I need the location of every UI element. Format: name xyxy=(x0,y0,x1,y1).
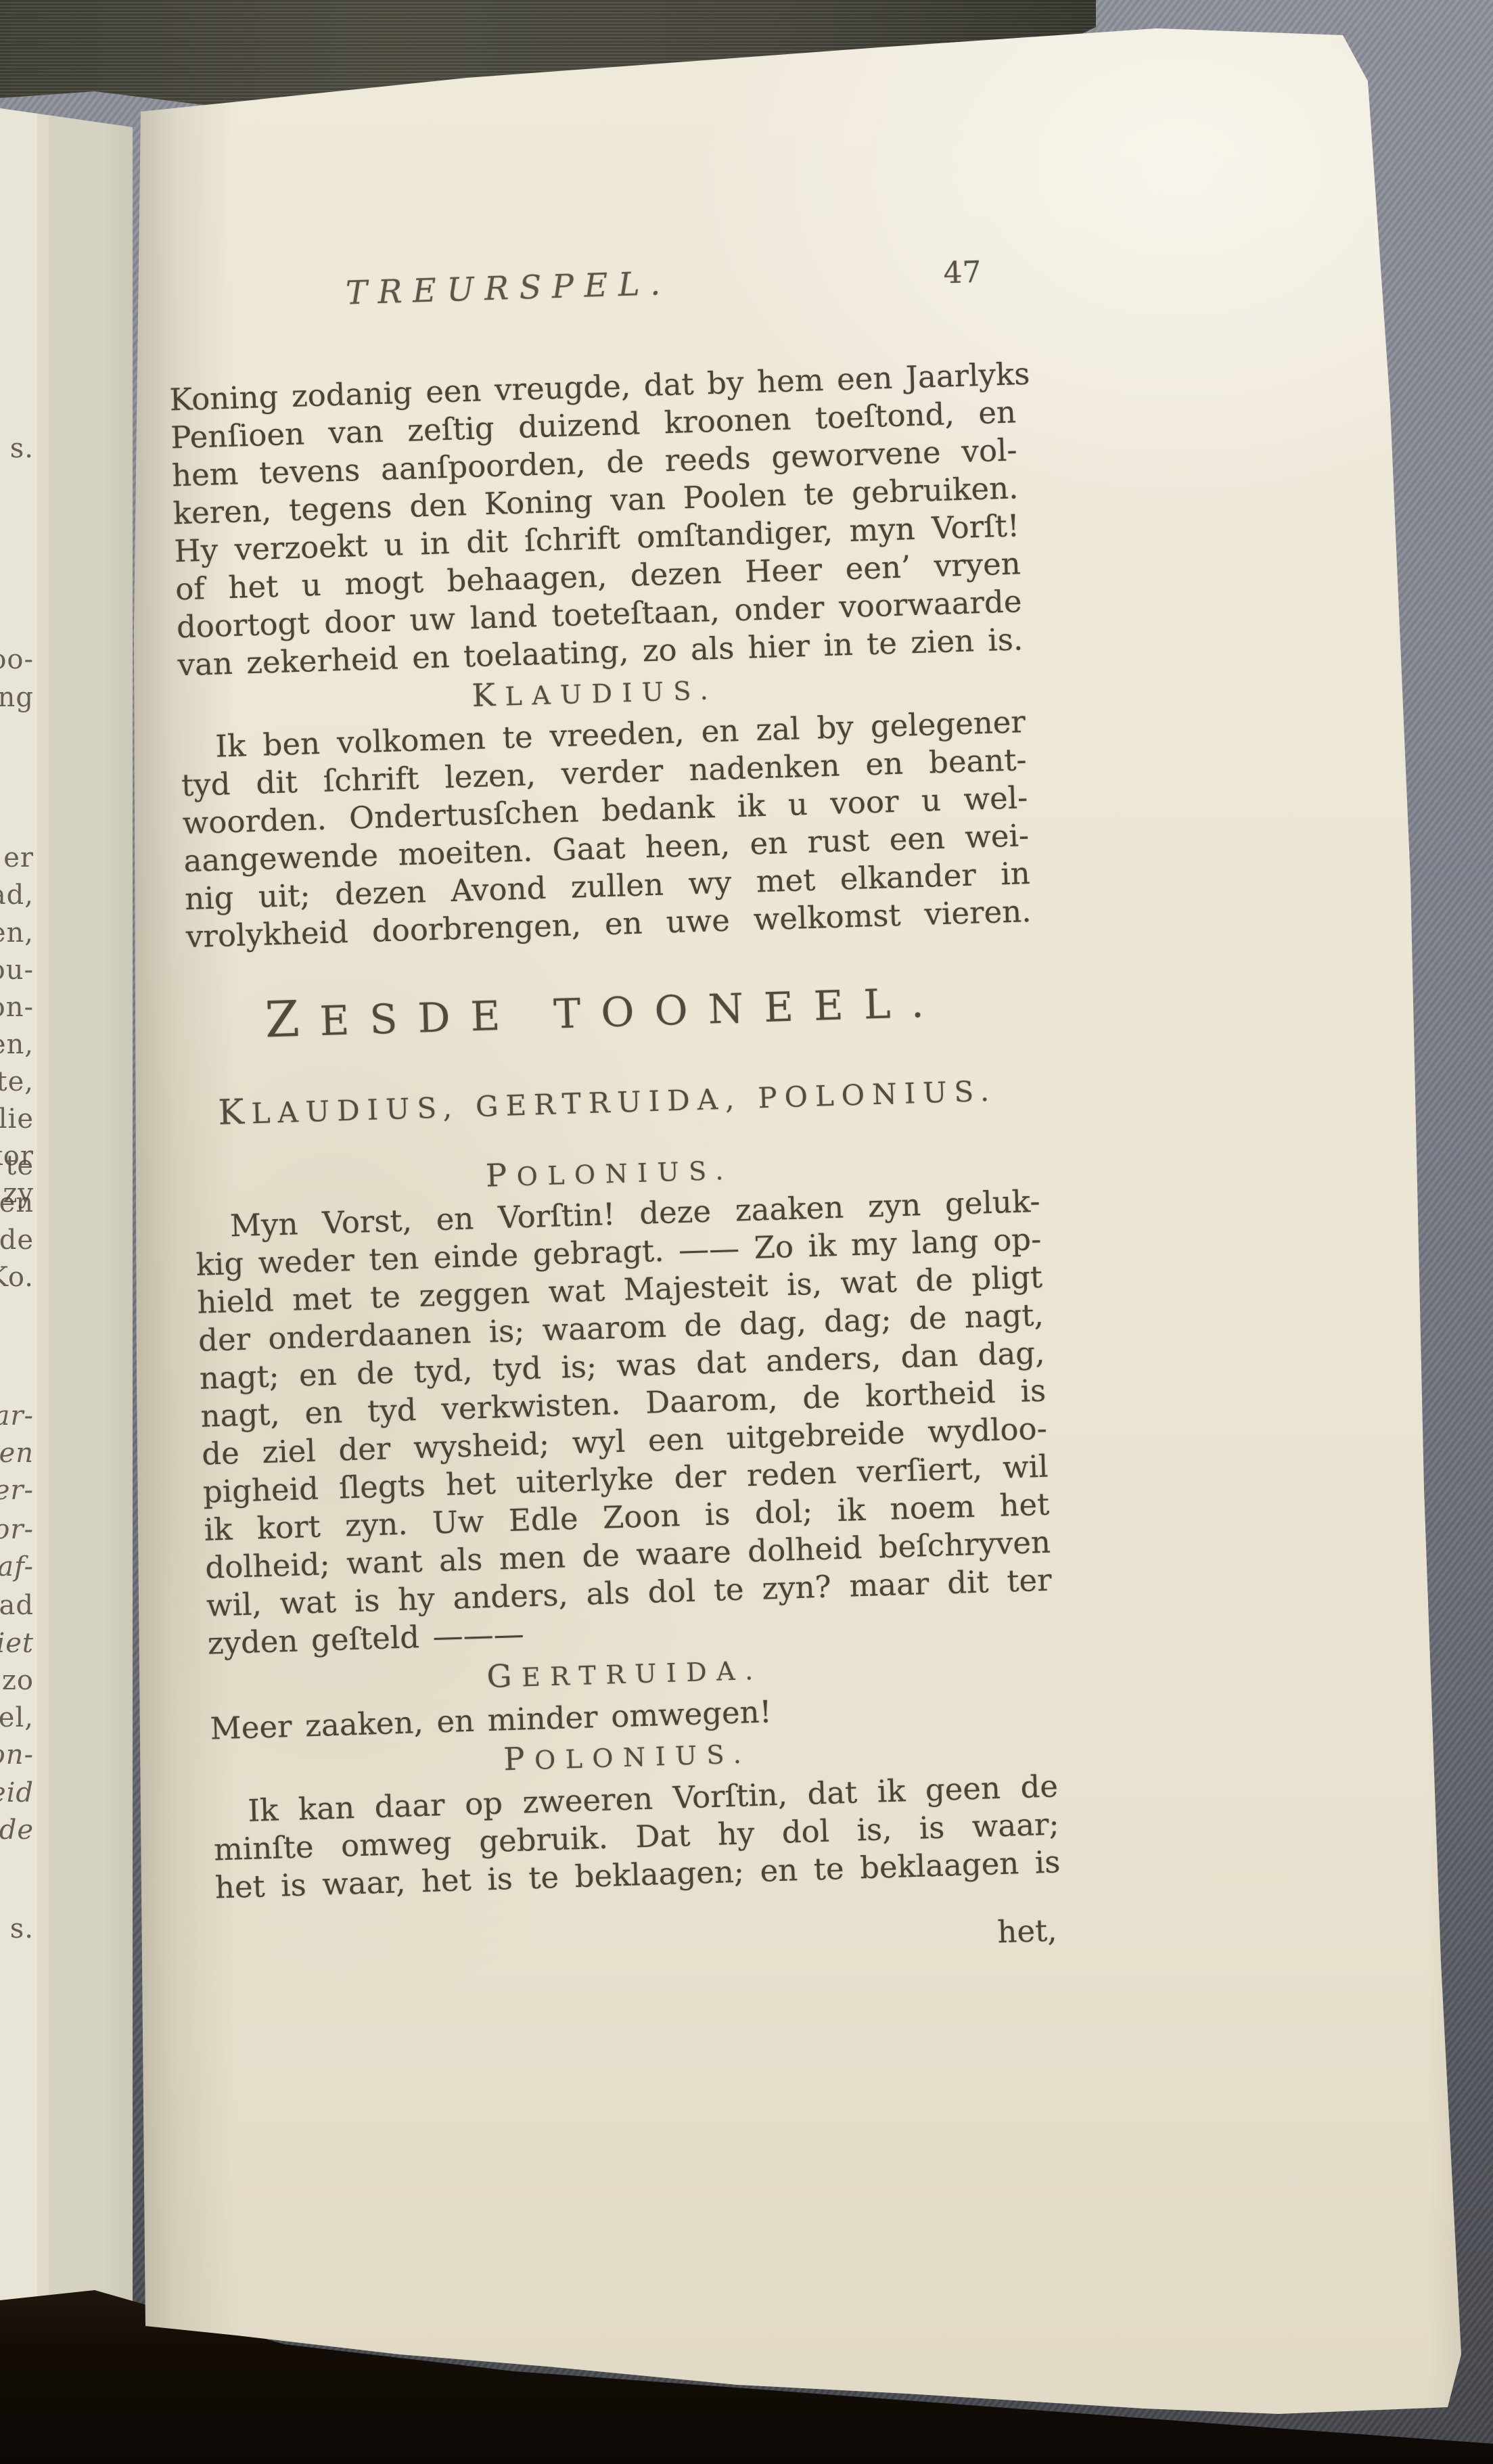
cast-list: KLAUDIUS, GERTRUIDA, POLONIUS. xyxy=(170,1070,1044,1134)
page-number: 47 xyxy=(943,255,982,291)
catchword: het, xyxy=(196,1911,1070,1976)
facing-page-fragment: lat de xyxy=(0,1815,34,1846)
facing-page-fragment: reng xyxy=(0,682,34,713)
facing-page-fragment: ver- xyxy=(0,1475,34,1506)
facing-page-fragment: onde xyxy=(0,1225,34,1256)
facing-page-fragment: den, xyxy=(0,917,34,949)
book-page: TREURSPEL. 47 Koning zodanig een vreugde… xyxy=(129,20,1475,2456)
facing-page-fragment: s. xyxy=(0,1913,34,1944)
facing-page-fragment: eden, xyxy=(0,1029,34,1060)
speech-paragraph: Koning zodanig een vreugde, dat by hem e… xyxy=(149,355,1030,685)
facing-page-fragment: hou- xyxy=(0,955,34,986)
facing-page-fragment: s af- xyxy=(0,1551,34,1582)
facing-page-fragment: s. xyxy=(0,433,34,464)
facing-page-fragment: had, xyxy=(0,880,34,911)
facing-page-fragment: g on- xyxy=(0,992,34,1023)
speech-paragraph: Ik ben volkomen te vreeden, en zal by ge… xyxy=(160,703,1039,957)
speech-paragraph: Ik kan daar op zweeren Vorſtin, dat ik g… xyxy=(192,1767,1068,1907)
page-body-text: Koning zodanig een vreugde, dat by hem e… xyxy=(149,355,1070,1976)
facing-page-fragment: ezon- xyxy=(0,1739,34,1771)
facing-page-fragment: zullen xyxy=(0,1187,34,1218)
facing-page-fragment: k een xyxy=(0,1438,34,1469)
facing-page-fragment: n lie xyxy=(0,1103,34,1135)
facing-page-fragment: te er xyxy=(0,842,34,873)
facing-page-fragment: had xyxy=(0,1590,34,1621)
facing-page-fragment: waar- xyxy=(0,1400,34,1432)
speech-paragraph: Myn Vorst, en Vorſtin! deze zaaken zyn g… xyxy=(174,1183,1060,1664)
page-text-area: TREURSPEL. 47 Koning zodanig een vreugde… xyxy=(145,254,1070,1976)
facing-page-fragment: , zo xyxy=(0,1665,34,1696)
book-photo: { "photo": { "background_fabric_color": … xyxy=(0,0,1493,2464)
facing-page-edge: s.thoo-rengte erhad,den,hou-g on-eden,ek… xyxy=(0,95,133,2331)
facing-page-fragment: heel, xyxy=(0,1702,34,1733)
page-header: TREURSPEL. 47 xyxy=(145,254,1019,317)
facing-page-fragment: yk te xyxy=(0,1150,34,1181)
facing-page-fragment: Noor- xyxy=(0,1514,34,1545)
facing-page-fragment: ekte, xyxy=(0,1066,34,1097)
facing-page-fragment: niet xyxy=(0,1628,34,1659)
facing-page-fragment: nheid xyxy=(0,1777,34,1808)
running-title: TREURSPEL. xyxy=(345,265,671,313)
scene-heading: ZESDE TOONEEL. xyxy=(168,973,1042,1051)
facing-page-fragment: thoo- xyxy=(0,644,34,675)
facing-page-fragment: Ko. xyxy=(0,1262,34,1293)
